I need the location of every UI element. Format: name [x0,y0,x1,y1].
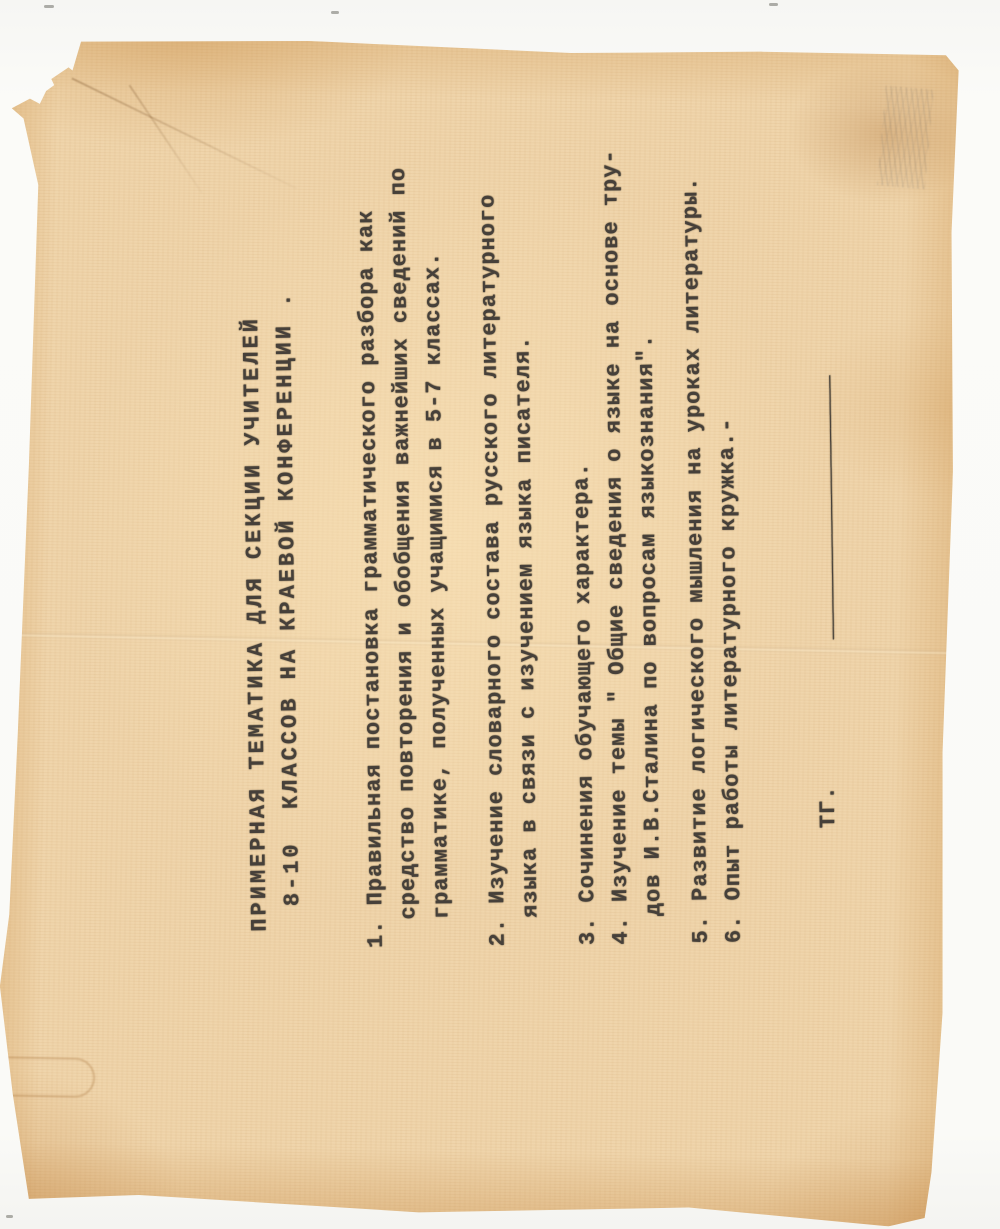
scan-speck [331,11,339,14]
list-item-2: 2. Изучение словарного состава русского … [470,116,548,947]
document-title: ПРИМЕРНАЯ ТЕМАТИКА ДЛЯ СЕКЦИИ УЧИТЕЛЕЙ 8… [232,119,310,950]
crease-top-left-short [129,85,203,194]
signature-row: ТГ.____________________ [769,111,880,942]
signature-line: ____________________ [806,375,843,639]
list-item-1: 1. Правильная постановка грамматического… [348,117,459,948]
signature-initials: ТГ. [816,785,842,828]
typewritten-text-block: ПРИМЕРНАЯ ТЕМАТИКА ДЛЯ СЕКЦИИ УЧИТЕЛЕЙ 8… [228,112,822,962]
paper-sheet: ПРИМЕРНАЯ ТЕМАТИКА ДЛЯ СЕКЦИИ УЧИТЕЛЕЙ 8… [10,36,962,1218]
scan-speck [44,5,54,8]
pencil-smudge [877,86,934,190]
scanned-page: ПРИМЕРНАЯ ТЕМАТИКА ДЛЯ СЕКЦИИ УЧИТЕЛЕЙ 8… [0,0,1000,1229]
scan-speck [769,3,778,6]
paperclip-impression [5,1056,96,1098]
list-item-4: 4. Изучение темы " Общие сведения о язык… [593,114,671,945]
